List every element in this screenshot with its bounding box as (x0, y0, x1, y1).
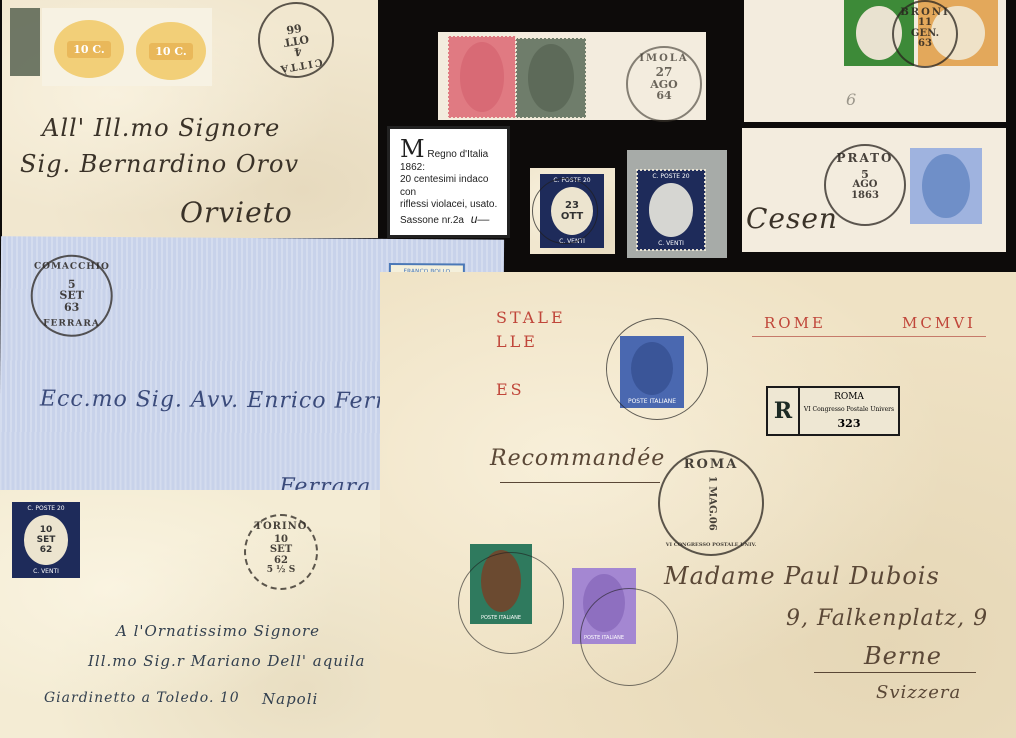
broni-cancel: BRONI 11 GEN. 63 (892, 0, 958, 68)
address-line-1: All' Ill.mo Signore (42, 114, 280, 142)
torino-cover: C. POSTE 20 10 SET 62 C. VENTI TORINO 10… (0, 490, 380, 738)
broni-fragment: BRONI 11 GEN. 63 6 (744, 0, 1006, 122)
address-street: 9, Falkenplatz, 9 (786, 606, 988, 631)
brown-stamp-cancel (458, 552, 564, 654)
header-left-1: STALE (496, 308, 566, 327)
script-cesen: Cesen (746, 202, 838, 235)
underline (500, 482, 660, 483)
prato-fragment: PRATO 5 AGO 1863 Cesen (742, 128, 1006, 252)
address-line: Ecc.mo Sig. Avv. Enrico Ferriani (40, 387, 432, 415)
venti-stamp-on-piece: C. POSTE 20 23 OTT C. VENTI (530, 168, 615, 254)
stamp-10c-left: 10 C. (54, 20, 124, 78)
torino-cancel: TORINO 10 SET 62 5 ½ S (244, 514, 318, 590)
roma-cancel: ROMA 1 MAG.06 VI CONGRESSO POSTALE UNIV. (658, 450, 764, 556)
address-city: Berne (864, 642, 942, 670)
venti-stamp-torino: C. POSTE 20 10 SET 62 C. VENTI (12, 502, 80, 578)
imola-fragment: IMOLA 27 AGO 64 (438, 32, 706, 120)
header-rome: ROME (764, 314, 826, 332)
pencil-note: 6 (846, 90, 857, 109)
certificate-logo: M (400, 137, 425, 161)
comacchio-cancel: COMACCHIO 5 SET 63 FERRARA (30, 254, 113, 337)
citta-cancel: CITTÀ 4 OTT 66 (252, 0, 340, 84)
green-grey-stamp (516, 38, 586, 118)
city-underline (814, 672, 976, 673)
address-line-3: Giardinetto a Toledo. 10 (44, 690, 240, 706)
rome-cover: STALE LLE ES ROME MCMVI POSTE ITALIANE R… (380, 272, 1016, 738)
imola-cancel: IMOLA 27 AGO 64 (626, 46, 702, 122)
venti-stamp-unused: C. POSTE 20 C. VENTI (637, 170, 705, 250)
blue-stamp-cancel (606, 318, 708, 420)
header-left-2: LLE (496, 332, 538, 351)
stamp-10c-right: 10 C. (136, 22, 206, 80)
venti-cancel-ring (532, 178, 598, 244)
header-rule (752, 336, 986, 337)
green-stamp-fragment (10, 8, 40, 76)
address-country: Svizzera (876, 682, 961, 703)
header-mcmvi: MCMVI (902, 314, 976, 332)
orvieto-cover: 10 C. 10 C. CITTÀ 4 OTT 66 All' Ill.mo S… (2, 0, 378, 238)
violet-stamp-cancel (580, 588, 678, 686)
address-line-4: Napoli (262, 690, 318, 708)
header-left-3: ES (496, 380, 525, 399)
address-madame: Madame Paul Dubois (664, 562, 940, 590)
address-line-3: Orvieto (180, 196, 293, 229)
venti-stamp-mount: C. POSTE 20 C. VENTI (627, 150, 727, 258)
red-stamp (448, 36, 516, 118)
address-line-1: A l'Ornatissimo Signore (116, 622, 320, 640)
stamp-pair: 10 C. 10 C. (42, 8, 212, 86)
certificate-label: M Regno d'Italia 1862: 20 centesimi inda… (387, 126, 510, 238)
recommandee: Recommandée (490, 446, 665, 471)
registration-label: R ROMA VI Congresso Postale Univers 323 (766, 386, 900, 436)
address-line-2: Ill.mo Sig.r Mariano Dell' aquila (88, 652, 366, 670)
blue-stamp (910, 148, 982, 224)
address-line-2: Sig. Bernardino Orov (20, 150, 299, 178)
signature: u— (471, 212, 490, 226)
